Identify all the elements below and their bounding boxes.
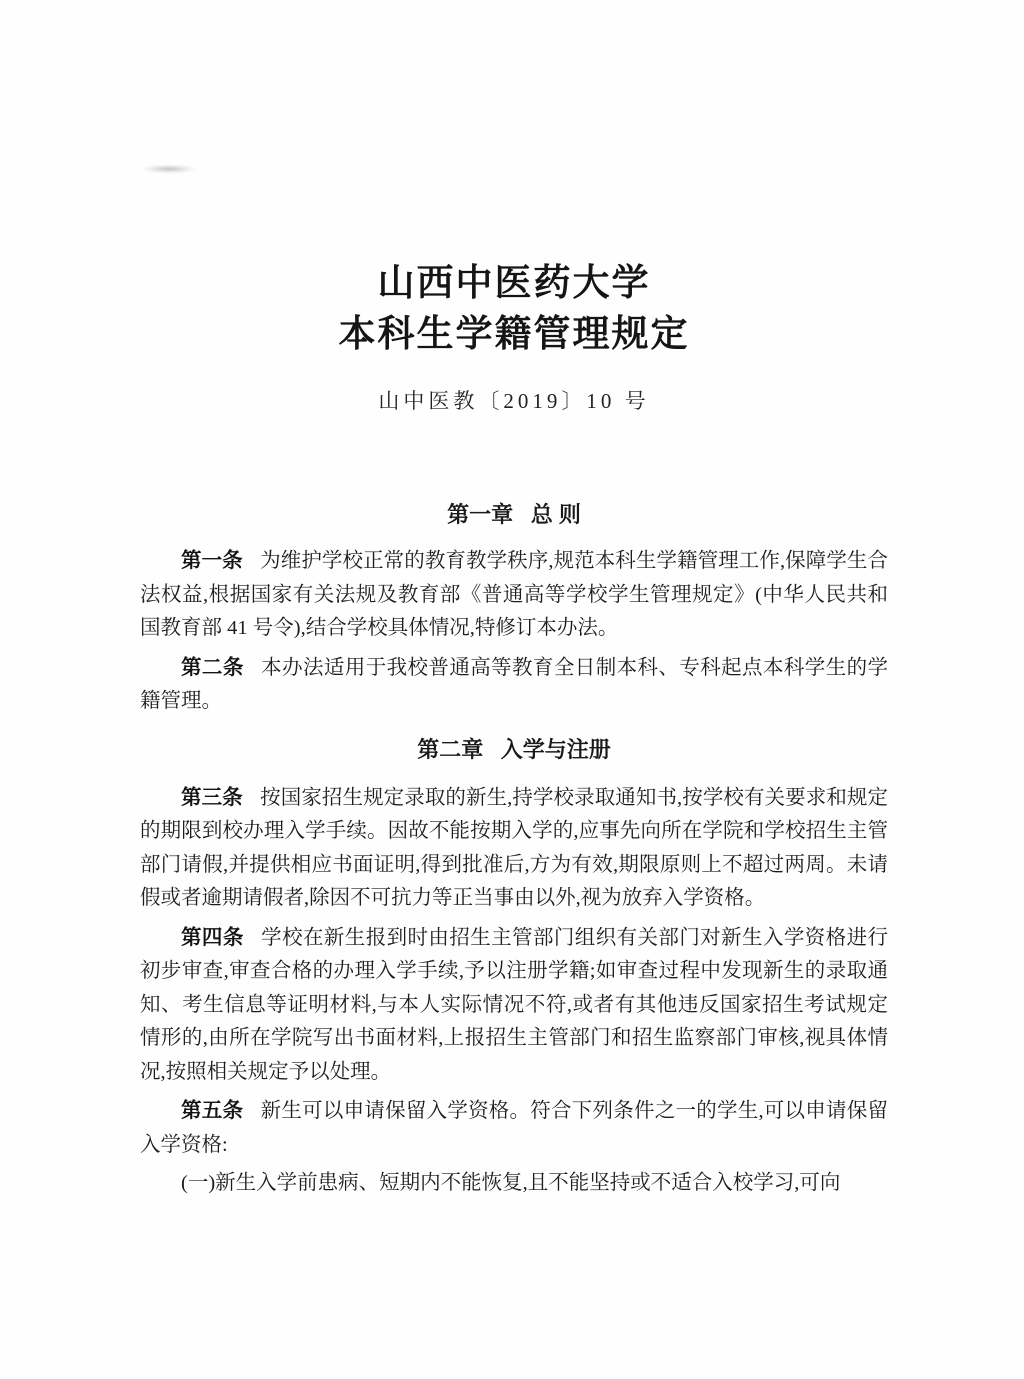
chapter-1-label: 第一章: [447, 502, 513, 527]
chapter-2-heading: 第二章入学与注册: [140, 735, 888, 765]
document-content: 山西中医药大学 本科生学籍管理规定 山中医教〔2019〕10 号 第一章总 则 …: [140, 0, 888, 1206]
article-5-number: 第五条: [181, 1099, 243, 1122]
document-title-line-2: 本科生学籍管理规定: [140, 309, 888, 360]
article-2-number: 第二条: [181, 656, 244, 679]
article-5-item-1-text: (一)新生入学前患病、短期内不能恢复,且不能坚持或不适合入校学习,可向: [181, 1172, 840, 1194]
article-1-paragraph: 第一条为维护学校正常的教育教学秩序,规范本科生学籍管理工作,保障学生合法权益,根…: [140, 544, 888, 646]
article-5-text: 新生可以申请保留入学资格。符合下列条件之一的学生,可以申请保留入学资格:: [140, 1100, 888, 1156]
chapter-1-title: 总 则: [531, 502, 581, 527]
document-title: 山西中医药大学 本科生学籍管理规定: [140, 0, 888, 360]
article-4-number: 第四条: [181, 926, 244, 949]
chapter-1-heading: 第一章总 则: [140, 500, 888, 530]
chapter-2-label: 第二章: [417, 737, 483, 762]
article-4-paragraph: 第四条学校在新生报到时由招生主管部门组织有关部门对新生入学资格进行初步审查,审查…: [140, 921, 888, 1090]
document-number: 山中医教〔2019〕10 号: [140, 386, 888, 416]
article-2-paragraph: 第二条本办法适用于我校普通高等教育全日制本科、专科起点本科学生的学籍管理。: [140, 651, 888, 719]
article-3-number: 第三条: [181, 786, 243, 809]
article-5-item-1-paragraph: (一)新生入学前患病、短期内不能恢复,且不能坚持或不适合入校学习,可向: [140, 1167, 888, 1201]
article-4-text: 学校在新生报到时由招生主管部门组织有关部门对新生入学资格进行初步审查,审查合格的…: [140, 927, 888, 1083]
article-1-text: 为维护学校正常的教育教学秩序,规范本科生学籍管理工作,保障学生合法权益,根据国家…: [140, 550, 888, 639]
chapter-2-title: 入学与注册: [501, 737, 611, 762]
article-1-number: 第一条: [181, 549, 243, 572]
article-2-text: 本办法适用于我校普通高等教育全日制本科、专科起点本科学生的学籍管理。: [140, 657, 888, 713]
article-5-paragraph: 第五条新生可以申请保留入学资格。符合下列条件之一的学生,可以申请保留入学资格:: [140, 1094, 888, 1162]
article-3-text: 按国家招生规定录取的新生,持学校录取通知书,按学校有关要求和规定的期限到校办理入…: [140, 787, 888, 910]
document-page: 山西中医药大学 本科生学籍管理规定 山中医教〔2019〕10 号 第一章总 则 …: [0, 0, 1024, 1379]
article-3-paragraph: 第三条按国家招生规定录取的新生,持学校录取通知书,按学校有关要求和规定的期限到校…: [140, 781, 888, 916]
document-title-line-1: 山西中医药大学: [140, 258, 888, 309]
